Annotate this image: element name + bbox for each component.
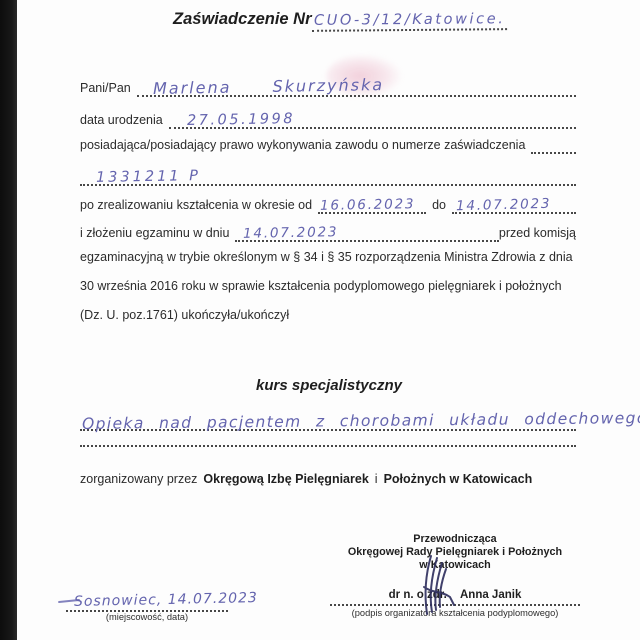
certificate-title-label: Zaświadczenie Nr <box>173 10 311 29</box>
legal-text-line3: (Dz. U. poz.1761) ukończyła/ukończył <box>80 308 580 323</box>
exam-date-handwritten: 14.07.2023 <box>243 224 339 242</box>
signature-scribble <box>412 553 458 617</box>
training-period-row: po zrealizowaniu kształcenia w okresie o… <box>80 194 576 214</box>
license-value-row: 1331211 P <box>80 166 576 186</box>
course-name-empty-line <box>80 427 576 447</box>
organizer-conjunction: i <box>375 470 378 488</box>
course-type-heading: kurs specjalistyczny <box>18 377 640 394</box>
place-date-handwritten: Sosnowiec, 14.07.2023 <box>74 590 258 610</box>
license-number-handwritten: 1331211 P <box>96 168 201 186</box>
exam-date-row: i złożeniu egzaminu w dniu 14.07.2023 pr… <box>80 222 576 242</box>
name-label: Pani/Pan <box>80 79 131 97</box>
name-dotted-line: Marlena Skurzyńska <box>137 77 576 97</box>
training-period-label: po zrealizowaniu kształcenia w okresie o… <box>80 196 312 214</box>
birthdate-label: data urodzenia <box>80 111 163 129</box>
scanner-edge-artifact <box>0 0 17 640</box>
legal-text-line2: 30 września 2016 roku w sprawie kształce… <box>80 279 580 294</box>
license-label: posiadająca/posiadający prawo wykonywani… <box>80 136 525 154</box>
period-to-handwritten: 14.07.2023 <box>456 196 552 214</box>
legal-text-line1: egzaminacyjną w trybie określonym w § 34… <box>80 250 580 265</box>
place-date-caption: (miejscowość, data) <box>66 612 228 622</box>
period-to-label: do <box>432 196 446 214</box>
birthdate-dotted-line: 27.05.1998 <box>169 109 576 129</box>
license-value-dotted-line: 1331211 P <box>80 166 576 186</box>
organizer-row: zorganizowany przez Okręgową Izbę Pielęg… <box>80 470 576 488</box>
organizer-prefix: zorganizowany przez <box>80 470 197 488</box>
name-handwritten: Marlena Skurzyńska <box>153 75 384 98</box>
period-to-dotted-line: 14.07.2023 <box>452 194 576 214</box>
organizer-name-part1: Okręgową Izbę Pielęgniarek <box>203 470 368 488</box>
birthdate-handwritten: 27.05.1998 <box>187 111 295 129</box>
signer-role-line1: Przewodnicząca <box>330 533 580 546</box>
period-from-dotted-line: 16.06.2023 <box>318 194 426 214</box>
exam-date-label: i złożeniu egzaminu w dniu <box>80 224 229 242</box>
birthdate-row: data urodzenia 27.05.1998 <box>80 109 576 129</box>
signer-name: Anna Janik <box>460 589 521 601</box>
certificate-number-handwritten: CUO-3/12/Katowice. <box>311 11 507 32</box>
exam-date-dotted-line: 14.07.2023 <box>235 222 498 242</box>
organizer-name-part2: Położnych w Katowicach <box>384 470 533 488</box>
scanned-certificate-page: Zaświadczenie Nr CUO-3/12/Katowice. Pani… <box>0 0 640 640</box>
certificate-title-row: Zaświadczenie Nr CUO-3/12/Katowice. <box>90 10 570 31</box>
period-from-handwritten: 16.06.2023 <box>320 196 416 214</box>
empty-dotted-line <box>80 427 576 447</box>
license-dotted-leader <box>531 134 576 154</box>
license-label-row: posiadająca/posiadający prawo wykonywani… <box>80 134 576 154</box>
exam-commission-label: przed komisją <box>499 224 576 242</box>
name-row: Pani/Pan Marlena Skurzyńska <box>80 77 576 97</box>
